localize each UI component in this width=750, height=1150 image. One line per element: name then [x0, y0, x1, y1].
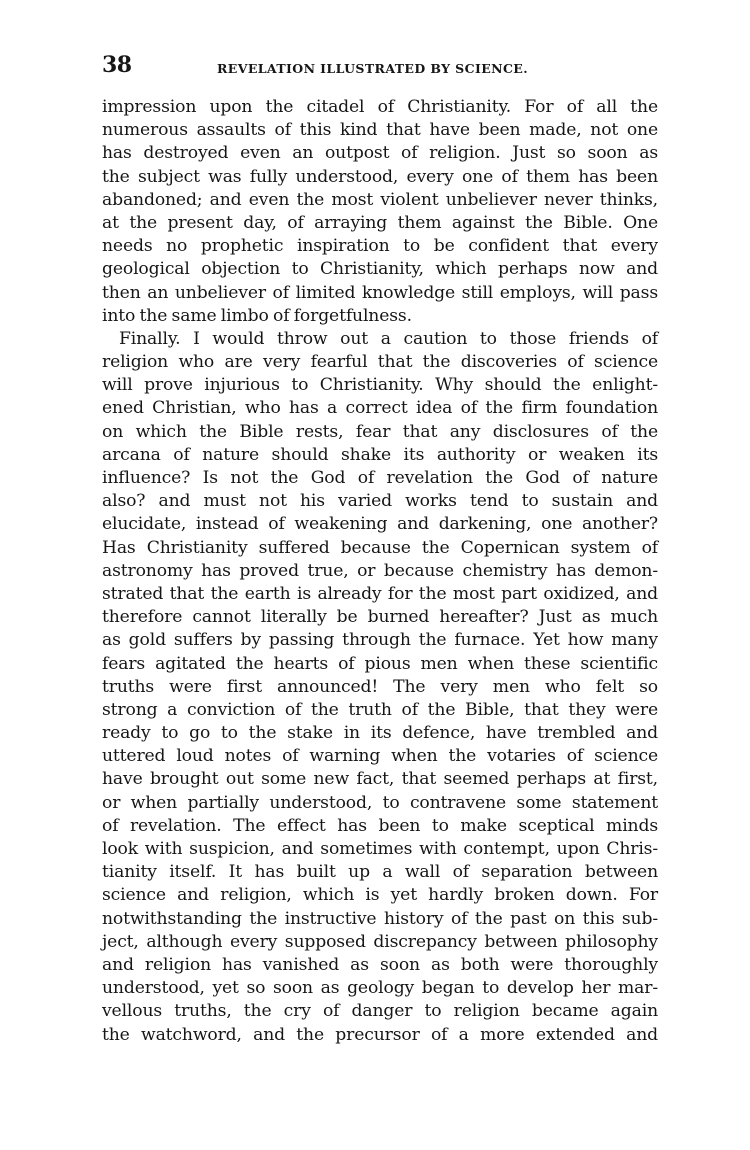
- text-line: religion who are very fearful that the d…: [102, 351, 658, 374]
- text-line: numerous assaults of this kind that have…: [102, 119, 658, 142]
- text-line: therefore cannot literally be burned her…: [102, 606, 658, 629]
- text-line: needs no prophetic inspiration to be con…: [102, 235, 658, 258]
- text-line: truths were first announced! The very me…: [102, 676, 658, 699]
- text-line: at the present day, of arraying them aga…: [102, 212, 658, 235]
- text-line: fears agitated the hearts of pious men w…: [102, 653, 658, 676]
- text-line: Has Christianity suffered because the Co…: [102, 537, 658, 560]
- text-line: has destroyed even an outpost of religio…: [102, 142, 658, 165]
- text-line: of revelation. The effect has been to ma…: [102, 815, 658, 838]
- text-line: also? and must not his varied works tend…: [102, 490, 658, 513]
- running-head: 38 REVELATION ILLUSTRATED BY SCIENCE.: [102, 52, 658, 82]
- text-line: science and religion, which is yet hardl…: [102, 884, 658, 907]
- text-line: ready to go to the stake in its defence,…: [102, 722, 658, 745]
- text-line: strated that the earth is already for th…: [102, 583, 658, 606]
- text-line: uttered loud notes of warning when the v…: [102, 745, 658, 768]
- text-line: have brought out some new fact, that see…: [102, 768, 658, 791]
- text-line: on which the Bible rests, fear that any …: [102, 421, 658, 444]
- text-line: ject, although every supposed discrepanc…: [102, 931, 658, 954]
- text-line: elucidate, instead of weakening and dark…: [102, 513, 658, 536]
- text-line: into the same limbo of forgetfulness.: [102, 305, 658, 328]
- text-line: then an unbeliever of limited knowledge …: [102, 282, 658, 305]
- paragraph-start-line: Finally. I would throw out a caution to …: [102, 328, 658, 351]
- text-line: or when partially understood, to contrav…: [102, 792, 658, 815]
- text-line: ened Christian, who has a correct idea o…: [102, 397, 658, 420]
- text-line: astronomy has proved true, or because ch…: [102, 560, 658, 583]
- text-line: influence? Is not the God of revelation …: [102, 467, 658, 490]
- text-line: geological objection to Christianity, wh…: [102, 258, 658, 281]
- text-line: understood, yet so soon as geology began…: [102, 977, 658, 1000]
- text-line: tianity itself. It has built up a wall o…: [102, 861, 658, 884]
- text-line: as gold suffers by passing through the f…: [102, 629, 658, 652]
- text-line: look with suspicion, and sometimes with …: [102, 838, 658, 861]
- page-number: 38: [102, 52, 132, 78]
- text-line: the subject was fully understood, every …: [102, 166, 658, 189]
- text-line: the watchword, and the precursor of a mo…: [102, 1024, 658, 1047]
- text-line: will prove injurious to Christianity. Wh…: [102, 374, 658, 397]
- text-line: and religion has vanished as soon as bot…: [102, 954, 658, 977]
- text-line: strong a conviction of the truth of the …: [102, 699, 658, 722]
- text-line: arcana of nature should shake its author…: [102, 444, 658, 467]
- text-line: impression upon the citadel of Christian…: [102, 96, 658, 119]
- text-line: abandoned; and even the most violent unb…: [102, 189, 658, 212]
- text-line: notwithstanding the instructive history …: [102, 908, 658, 931]
- running-title: REVELATION ILLUSTRATED BY SCIENCE.: [217, 61, 528, 77]
- book-page: 38 REVELATION ILLUSTRATED BY SCIENCE. im…: [102, 52, 658, 1047]
- text-line: vellous truths, the cry of danger to rel…: [102, 1000, 658, 1023]
- body-text: impression upon the citadel of Christian…: [102, 96, 658, 1047]
